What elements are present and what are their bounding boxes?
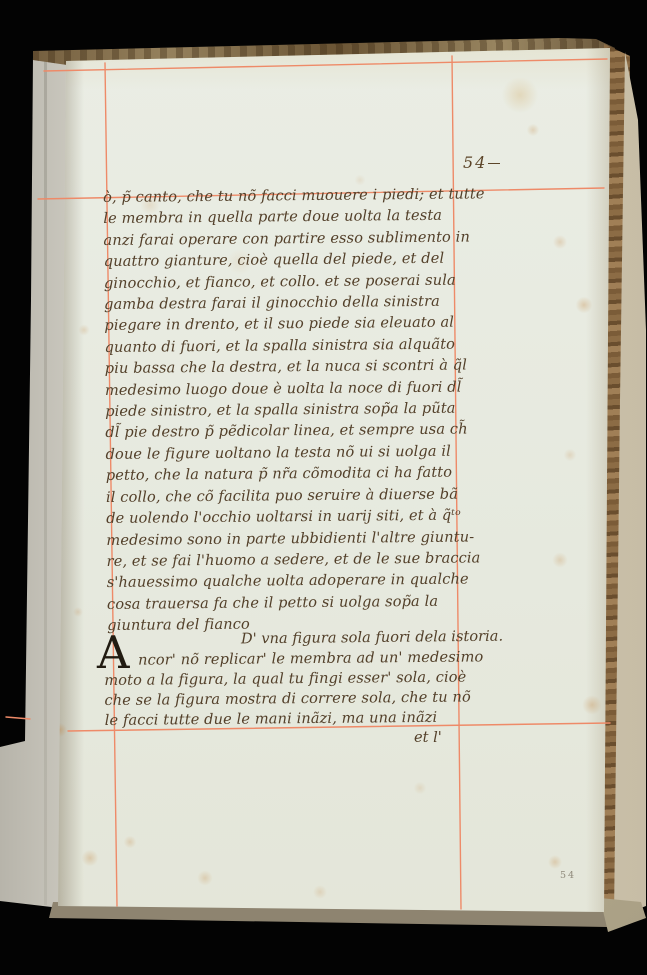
section-heading: D' vna figura sola fuori dela istoria.: [241, 628, 503, 648]
catchword: et l': [414, 729, 442, 746]
folio-number-ink: 54: [463, 153, 500, 172]
manuscript-line: le facci tutte due le mani inãzi, ma una…: [105, 707, 475, 730]
manuscript-text-block-2: ncor' nõ replicar' le membra ad un' mede…: [104, 647, 475, 730]
manuscript-line: quattro gianture, cioè quella del piede,…: [104, 248, 474, 273]
folio-number-pencil: 54: [560, 870, 576, 881]
manuscript-line: petto, che la natura p̃ nr̃a cõmodita ci…: [106, 462, 476, 487]
rule-flyleaf-segment: [6, 717, 30, 719]
rule-top-horizontal: [44, 59, 607, 71]
manuscript-photo: 54 ò, p̃ canto, che tu nõ facci muouere …: [0, 0, 647, 975]
manuscript-line: piu bassa che la destra, et la nuca si s…: [105, 355, 475, 380]
manuscript-line: cosa trauersa fa che il petto si uolga s…: [107, 590, 477, 615]
manuscript-line: de uolendo l'occhio uoltarsi in uarij si…: [106, 505, 476, 530]
manuscript-text-block-1: ò, p̃ canto, che tu nõ facci muouere i p…: [103, 183, 477, 636]
